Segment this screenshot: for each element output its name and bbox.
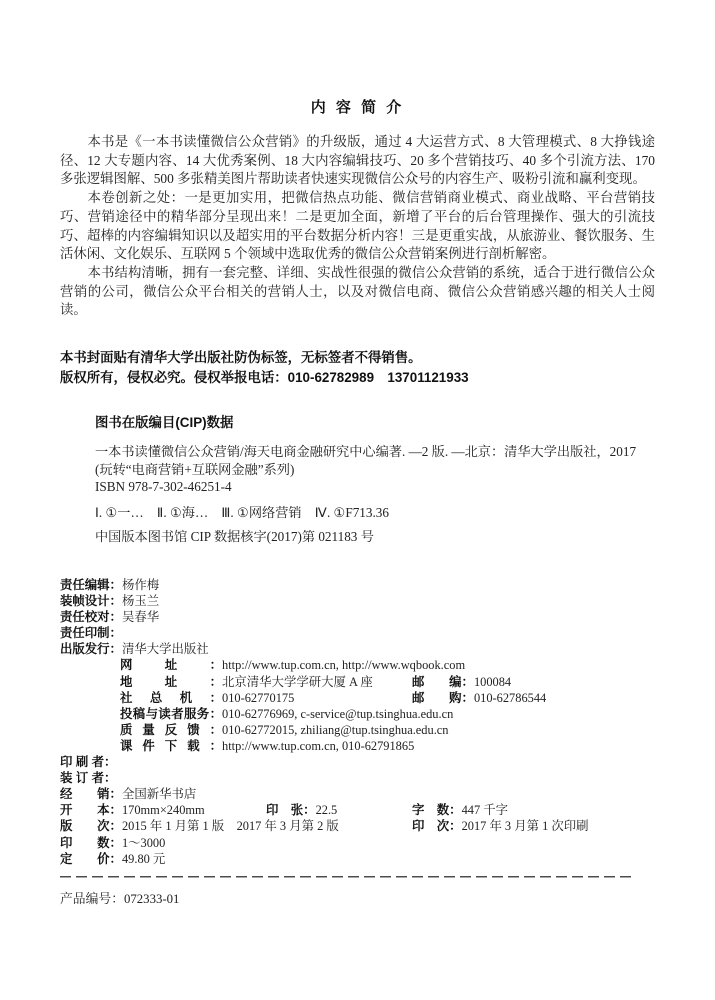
print-row-price: 定 价：49.80 元 [60, 851, 655, 867]
cip-record: 一本书读懂微信公众营销/海天电商金融研究中心编著. —2 版. —北京：清华大学… [95, 443, 655, 496]
cip-record-line-1: 一本书读懂微信公众营销/海天电商金融研究中心编著. —2 版. —北京：清华大学… [95, 443, 655, 461]
legal-notice-block: 本书封面贴有清华大学出版社防伪标签，无标签者不得销售。 版权所有，侵权必究。侵权… [60, 348, 655, 387]
publisher-label: 出版发行： [60, 642, 122, 656]
wordcount-value: 447 千字 [462, 803, 508, 817]
summary-paragraph-3: 本书结构清晰，拥有一套完整、详细、实战性很强的微信公众营销的系统，适合于进行微信… [60, 264, 655, 320]
product-number-label: 产品编号： [60, 892, 124, 906]
print-label: 印 刷 者： [60, 755, 116, 769]
contact-label: 社总机： [120, 690, 222, 706]
contact-label: 网址： [120, 657, 222, 673]
cip-data-block: 图书在版编目(CIP)数据 一本书读懂微信公众营销/海天电商金融研究中心编著. … [95, 412, 655, 546]
credit-label: 责任编辑： [60, 578, 122, 592]
contact-row-reader-service: 投稿与读者服务：010-62776969, c-service@tup.tsin… [120, 706, 655, 722]
mailorder-pair: 邮 购：010-62786544 [412, 690, 546, 706]
contact-row-switchboard: 社总机：010-62770175 邮 购：010-62786544 [120, 690, 655, 706]
impression-label: 印 次： [412, 819, 462, 833]
cip-classification: Ⅰ. ①一… Ⅱ. ①海… Ⅲ. ①网络营销 Ⅳ. ①F713.36 [95, 504, 655, 522]
page-content: 内 容 简 介 本书是《一本书读懂微信公众营销》的升级版，通过 4 大运营方式、… [0, 0, 715, 908]
contact-label: 质量反馈： [120, 722, 222, 738]
contact-value: 010-62770175 [222, 691, 294, 705]
price-label: 定 价： [60, 852, 122, 866]
impression-pair: 印 次：2017 年 3 月第 1 次印刷 [412, 818, 589, 834]
book-copyright-page: 内 容 简 介 本书是《一本书读懂微信公众营销》的升级版，通过 4 大运营方式、… [0, 0, 715, 1000]
postcode-pair: 邮 编：100084 [412, 674, 511, 690]
edition-value: 2015 年 1 月第 1 版 2017 年 3 月第 2 版 [122, 819, 339, 833]
print-row-format: 开 本：170mm×240mm 印 张：22.5 字 数：447 千字 [60, 802, 655, 818]
credit-row-editor: 责任编辑：杨作梅 [60, 577, 655, 593]
credit-value: 杨作梅 [122, 578, 159, 592]
format-value: 170mm×240mm [122, 803, 205, 817]
wordcount-pair: 字 数：447 千字 [412, 802, 508, 818]
print-row-printer: 印 刷 者： [60, 754, 655, 770]
contact-value: http://www.tup.com.cn, http://www.wqbook… [222, 658, 465, 672]
postcode-value: 100084 [474, 675, 511, 689]
postcode-label: 邮 编： [412, 675, 474, 689]
copies-label: 印 数： [60, 836, 122, 850]
dashed-divider [60, 876, 633, 878]
print-row-copies: 印 数：1～3000 [60, 835, 655, 851]
cip-header: 图书在版编目(CIP)数据 [95, 412, 655, 431]
contact-value: http://www.tup.com.cn, 010-62791865 [222, 739, 414, 753]
credit-row-print-supervisor: 责任印制： [60, 625, 655, 641]
format-label: 开 本： [60, 803, 122, 817]
mailorder-value: 010-62786544 [474, 691, 546, 705]
copies-value: 1～3000 [122, 836, 165, 850]
contact-value: 010-62776969, c-service@tup.tsinghua.edu… [222, 707, 453, 721]
cip-registry-number: 中国版本图书馆 CIP 数据核字(2017)第 021183 号 [95, 528, 655, 546]
contact-label: 课件下载： [120, 738, 222, 754]
mailorder-label: 邮 购： [412, 691, 474, 705]
print-row-distributor: 经 销：全国新华书店 [60, 786, 655, 802]
credit-label: 责任校对： [60, 610, 122, 624]
colophon-block: 责任编辑：杨作梅 装帧设计：杨玉兰 责任校对：吴春华 责任印制： 出版发行：清华… [60, 577, 655, 867]
credit-row-proofreader: 责任校对：吴春华 [60, 609, 655, 625]
credit-label: 装帧设计： [60, 594, 122, 608]
contact-row-website: 网址：http://www.tup.com.cn, http://www.wqb… [120, 657, 655, 673]
wordcount-label: 字 数： [412, 803, 462, 817]
contact-label: 地址： [120, 674, 222, 690]
publisher-value: 清华大学出版社 [122, 642, 209, 656]
cip-record-line-2: (玩转“电商营销+互联网金融”系列) [95, 461, 655, 479]
cip-isbn: ISBN 978-7-302-46251-4 [95, 478, 655, 496]
anti-counterfeit-notice: 本书封面贴有清华大学出版社防伪标签，无标签者不得销售。 [60, 348, 655, 368]
credit-value: 吴春华 [122, 610, 159, 624]
publisher-row: 出版发行：清华大学出版社 [60, 641, 655, 657]
summary-paragraph-2: 本卷创新之处：一是更加实用，把微信热点功能、微信营销商业模式、商业战略、平台营销… [60, 189, 655, 264]
print-label: 经 销： [60, 787, 122, 801]
contact-label: 投稿与读者服务： [120, 706, 222, 722]
edition-label: 版 次： [60, 819, 122, 833]
product-number-value: 072333-01 [124, 892, 179, 906]
impression-value: 2017 年 3 月第 1 次印刷 [462, 819, 589, 833]
credit-label: 责任印制： [60, 626, 122, 640]
sheets-value: 22.5 [316, 803, 338, 817]
print-row-edition: 版 次：2015 年 1 月第 1 版 2017 年 3 月第 2 版 印 次：… [60, 818, 655, 834]
summary-paragraph-1: 本书是《一本书读懂微信公众营销》的升级版，通过 4 大运营方式、8 大管理模式、… [60, 133, 655, 189]
credit-value: 杨玉兰 [122, 594, 159, 608]
copyright-notice: 版权所有，侵权必究。侵权举报电话：010-62782989 1370112193… [60, 368, 655, 388]
product-number-row: 产品编号：072333-01 [60, 891, 655, 908]
contact-row-quality-feedback: 质量反馈：010-62772015, zhiliang@tup.tsinghua… [120, 722, 655, 738]
contact-row-courseware: 课件下载：http://www.tup.com.cn, 010-62791865 [120, 738, 655, 754]
contact-row-address: 地址：北京清华大学学研大厦 A 座 邮 编：100084 [120, 674, 655, 690]
print-label: 装 订 者： [60, 771, 116, 785]
price-value: 49.80 元 [122, 852, 165, 866]
page-title: 内 容 简 介 [60, 96, 655, 117]
print-value: 全国新华书店 [122, 787, 196, 801]
credit-row-designer: 装帧设计：杨玉兰 [60, 593, 655, 609]
print-row-binder: 装 订 者： [60, 770, 655, 786]
contact-value: 北京清华大学学研大厦 A 座 [222, 675, 373, 689]
sheets-pair: 印 张：22.5 [266, 802, 337, 818]
sheets-label: 印 张： [266, 803, 316, 817]
contact-value: 010-62772015, zhiliang@tup.tsinghua.edu.… [222, 723, 449, 737]
